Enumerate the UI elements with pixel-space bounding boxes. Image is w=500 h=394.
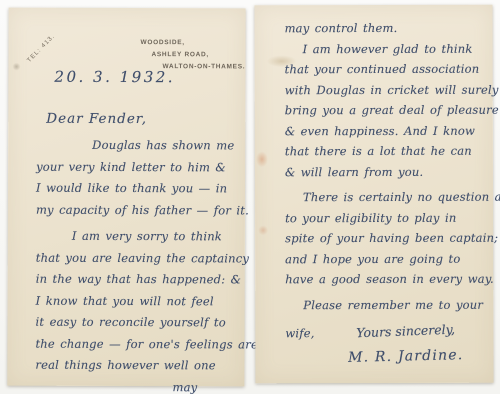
letter-line: your very kind letter to him & xyxy=(36,156,236,178)
letter-line: & will learn from you. xyxy=(285,161,485,182)
letter-page-2: may control them. I am however glad to t… xyxy=(255,5,494,384)
letter-line: it easy to reconcile yourself to xyxy=(36,312,236,334)
letter-line: my capacity of his father — for it. xyxy=(36,199,236,221)
letter-line: with Douglas in cricket will surely xyxy=(285,79,485,100)
letterhead-line: WOODSIDE, xyxy=(141,37,246,49)
letter-line: Please remember me to your xyxy=(285,294,485,315)
letter-line: that you are leaving the captaincy xyxy=(36,247,236,269)
letter-photograph: TEL: 413. WOODSIDE, ASHLEY ROAD, WALTON-… xyxy=(0,0,500,394)
letter-line: I would like to thank you — in xyxy=(36,178,236,200)
letter-line: real things however well one xyxy=(35,355,235,377)
letter-line: I am however glad to think xyxy=(285,38,485,59)
letter-body-page-2: may control them. I am however glad to t… xyxy=(285,18,486,365)
letter-line: There is certainly no question as xyxy=(285,187,485,208)
letter-date: 20. 3. 1932. xyxy=(54,68,175,86)
letter-page-1: TEL: 413. WOODSIDE, ASHLEY ROAD, WALTON-… xyxy=(7,8,245,387)
letter-line: and I hope you are going to xyxy=(285,248,485,269)
letter-line: that there is a lot that he can xyxy=(285,141,485,162)
closing-row: wife, Yours sincerely, xyxy=(285,323,485,344)
letter-line: may control them. xyxy=(285,18,485,39)
valediction: Yours sincerely, xyxy=(356,320,485,345)
foxing-spot xyxy=(258,225,268,235)
letter-line: I know that you will not feel xyxy=(36,290,236,312)
catchword: may xyxy=(35,376,235,394)
letter-line: have a good season in every way. xyxy=(285,269,485,290)
letter-line: & even happiness. And I know xyxy=(285,120,485,141)
letter-line: that your continued association xyxy=(285,59,485,80)
letter-line: the change — for one's feelings are xyxy=(35,333,235,355)
foxing-spot xyxy=(12,63,20,71)
letter-line: Douglas has shown me xyxy=(36,135,236,157)
foxing-spot xyxy=(256,151,268,167)
letterhead-line: ASHLEY ROAD, xyxy=(140,49,245,61)
closing-word: wife, xyxy=(285,323,314,344)
letter-line: I am very sorry to think xyxy=(36,226,236,248)
letter-line: in the way that has happened: & xyxy=(36,269,236,291)
letter-body-page-1: Douglas has shown me your very kind lett… xyxy=(35,135,236,394)
letter-line: bring you a great deal of pleasure xyxy=(285,100,485,121)
telephone-note: TEL: 413. xyxy=(26,33,56,64)
letter-line: to your eligibility to play in xyxy=(285,207,485,228)
signature: M. R. Jardine. xyxy=(285,346,485,367)
letter-line: spite of your having been captain; xyxy=(285,228,485,249)
salutation: Dear Fender, xyxy=(46,111,147,127)
